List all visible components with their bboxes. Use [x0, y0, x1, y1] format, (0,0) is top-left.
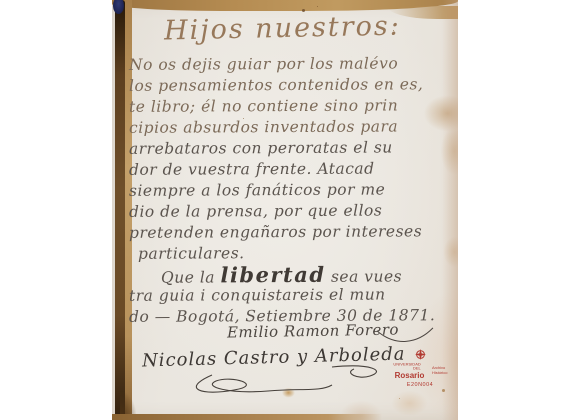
stamp-university: UNIVERSIDAD DEL Rosario	[390, 362, 424, 380]
stamp-text-row: UNIVERSIDAD DEL Rosario Archivo Históric…	[391, 362, 449, 380]
signature-rubric-flourish-icon	[172, 363, 392, 397]
archive-stamp: UNIVERSIDAD DEL Rosario Archivo Históric…	[391, 348, 449, 388]
rosario-crest-icon	[414, 348, 427, 361]
signature-emilio-ramon-forero: Emilio Ramon Forero	[227, 321, 399, 342]
closing-post: sea vues	[325, 267, 402, 285]
screenshot-canvas: Hijos nuestros: No os dejis guiar por lo…	[0, 0, 580, 420]
manuscript-line: cipios absurdos inventados para	[129, 116, 451, 139]
manuscript-closing-line: Que la libertad sea vues	[129, 263, 451, 286]
manuscript-title: Hijos nuestros:	[164, 11, 401, 47]
stamp-university-name: Rosario	[390, 372, 424, 380]
manuscript-text: No os dejis guiar por los malévo los pen…	[129, 54, 451, 327]
stamp-division: Archivo Histórico	[430, 366, 449, 376]
closing-pre: Que la	[161, 268, 221, 286]
book-binding-strip	[115, 0, 125, 420]
manuscript-line: dor de vuestra frente. Atacad	[129, 158, 451, 181]
manuscript-line: No os dejis guiar por los malévo	[129, 53, 451, 76]
emphasis-word-libertad: libertad	[220, 262, 325, 288]
signature-text: Emilio Ramon Forero	[227, 321, 399, 342]
manuscript-line: dio de la prensa, por que ellos	[129, 200, 451, 223]
page-bottom-edge	[112, 414, 382, 420]
manuscript-line: arrebataros con peroratas el su	[129, 137, 451, 160]
manuscript-line: te libro; él no contiene sino prin	[129, 95, 451, 118]
stamp-division-line2: Histórico	[432, 372, 448, 376]
manuscript-line: los pensamientos contenidos en es,	[129, 74, 451, 97]
manuscript-page-photo: Hijos nuestros: No os dejis guiar por lo…	[112, 0, 458, 420]
stamp-code: E20N004	[391, 382, 449, 388]
manuscript-line: siempre a los fanáticos por me	[129, 179, 451, 202]
stamp-university-top: UNIVERSIDAD DEL	[394, 363, 421, 371]
manuscript-line: tra guia i conquistareis el mun	[129, 284, 451, 307]
manuscript-line: pretenden engañaros por intereses	[129, 221, 451, 244]
